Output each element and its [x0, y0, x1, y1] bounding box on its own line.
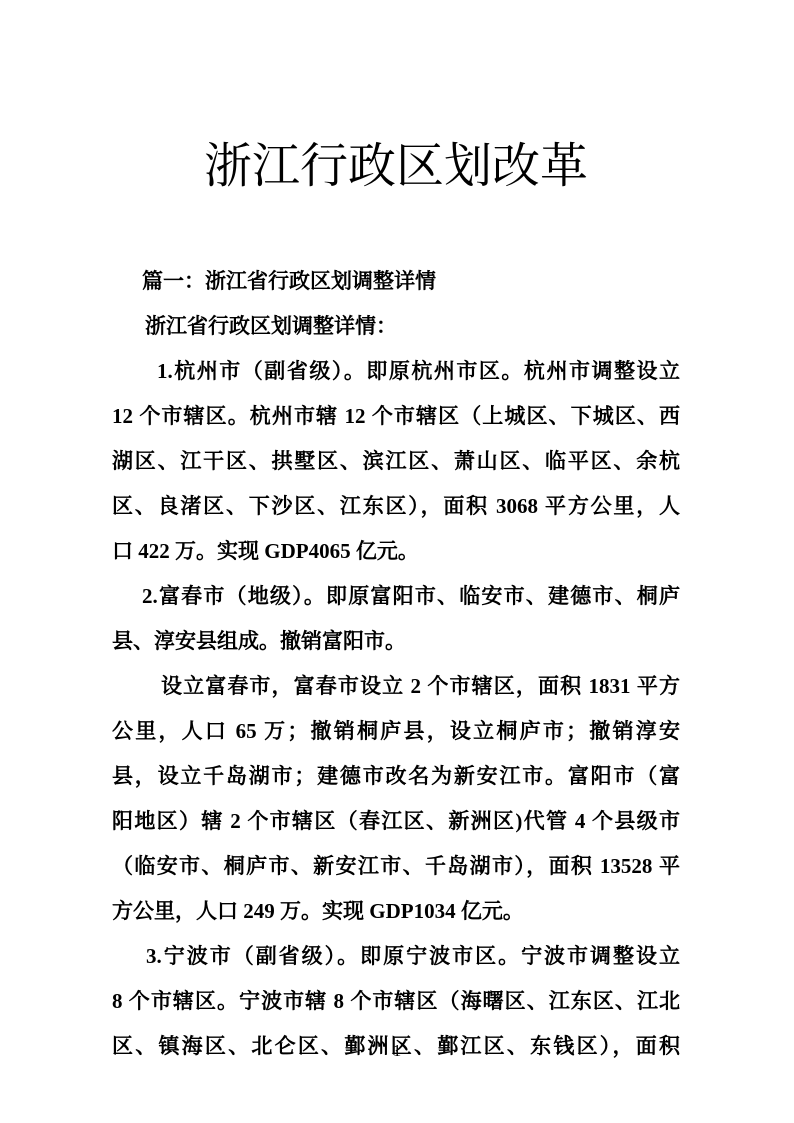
page-number: 1: [0, 1041, 794, 1061]
para-ningbo-line: 3.宁波市（副省级）。即原宁波市区。宁波市调整设立: [112, 934, 680, 979]
document-body: 篇一：浙江省行政区划调整详情浙江省行政区划调整详情：1.杭州市（副省级）。即原杭…: [112, 259, 680, 1069]
para-ningbo-line: 8 个市辖区。宁波市辖 8 个市辖区（海曙区、江东区、江北: [112, 979, 680, 1024]
para-fuchun-detail-line: 阳地区）辖 2 个市辖区（春江区、新洲区)代管 4 个县级市: [112, 799, 680, 844]
para-hangzhou-line: 湖区、江干区、拱墅区、滨江区、萧山区、临平区、余杭: [112, 439, 680, 484]
sub-heading-line: 浙江省行政区划调整详情：: [112, 304, 680, 349]
para-hangzhou-line: 1.杭州市（副省级）。即原杭州市区。杭州市调整设立: [112, 349, 680, 394]
document-page: 浙江行政区划改革 篇一：浙江省行政区划调整详情浙江省行政区划调整详情：1.杭州市…: [0, 0, 794, 1123]
section-heading-line: 篇一：浙江省行政区划调整详情: [112, 259, 680, 304]
para-fuchun-detail-line: 设立富春市，富春市设立 2 个市辖区，面积 1831 平方: [112, 664, 680, 709]
para-hangzhou-line: 区、良渚区、下沙区、江东区），面积 3068 平方公里，人: [112, 484, 680, 529]
document-title: 浙江行政区划改革: [112, 138, 680, 196]
para-fuchun-line: 县、淳安县组成。撤销富阳市。: [112, 619, 680, 664]
para-hangzhou-line: 口 422 万。实现 GDP4065 亿元。: [112, 529, 680, 574]
para-fuchun-detail-line: 公里，人口 65 万；撤销桐庐县，设立桐庐市；撤销淳安: [112, 709, 680, 754]
para-fuchun-detail-line: 方公里，人口 249 万。实现 GDP1034 亿元。: [112, 889, 680, 934]
para-fuchun-line: 2.富春市（地级）。即原富阳市、临安市、建德市、桐庐: [112, 574, 680, 619]
para-fuchun-detail-line: 县，设立千岛湖市；建德市改名为新安江市。富阳市（富: [112, 754, 680, 799]
para-hangzhou-line: 12 个市辖区。杭州市辖 12 个市辖区（上城区、下城区、西: [112, 394, 680, 439]
para-fuchun-detail-line: （临安市、桐庐市、新安江市、千岛湖市），面积 13528 平: [112, 844, 680, 889]
